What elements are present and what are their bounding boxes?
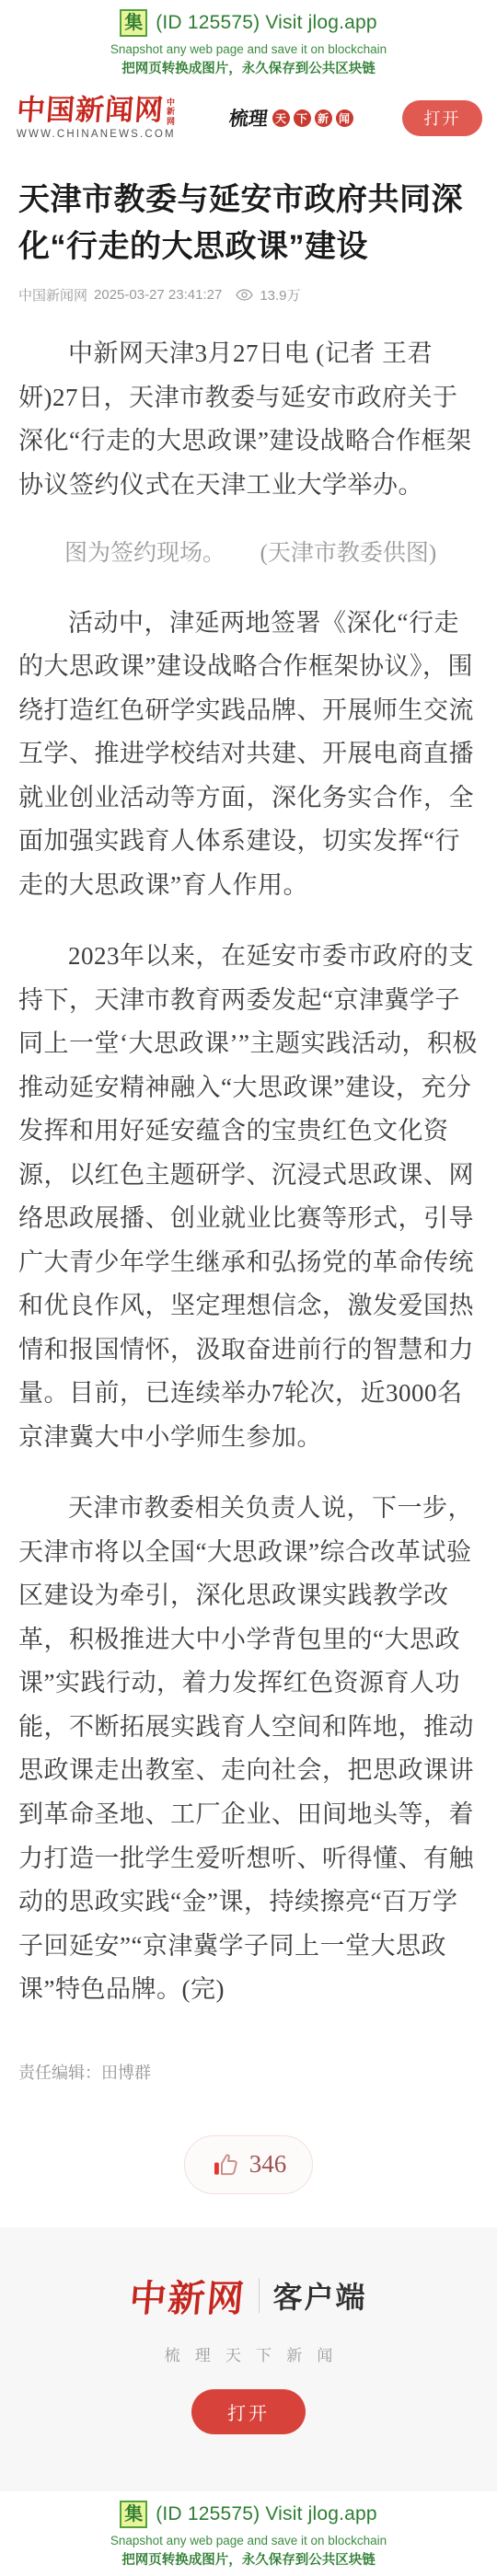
chinanews-logo[interactable]: 中国新闻网 中新网 WWW.CHINANEWS.COM — [17, 96, 177, 140]
slogan-seal: 新 — [315, 109, 332, 127]
jlog-tagline-zh: 把网页转换成图片，永久保存到公共区块链 — [0, 58, 497, 77]
app-footer: 中新网 客户端 梳理天下新闻 打开 — [0, 2227, 497, 2491]
views-count: 13.9万 — [260, 285, 300, 305]
editor-credit: 责任编辑：田博群 — [18, 2060, 479, 2084]
slogan-prefix-text: 梳理 — [227, 104, 269, 132]
views-eye-icon — [236, 289, 253, 301]
site-header: 中国新闻网 中新网 WWW.CHINANEWS.COM 梳理 天 下 新 闻 打… — [0, 85, 497, 153]
thumbs-up-icon — [211, 2150, 240, 2179]
ji-stamp-icon: 集 — [120, 2501, 147, 2528]
like-button[interactable]: 346 — [184, 2135, 313, 2194]
jlog-tagline-zh: 把网页转换成图片，永久保存到公共区块链 — [0, 2549, 497, 2569]
jlog-id-row[interactable]: 集 (ID 125575) Visit jlog.app — [0, 2501, 497, 2528]
article-datetime: 2025-03-27 23:41:27 — [94, 287, 222, 303]
chinanews-logo-side-text: 中新网 — [167, 98, 177, 126]
ji-stamp-icon: 集 — [120, 9, 147, 37]
article-source: 中国新闻网 — [18, 285, 87, 305]
footer-divider — [259, 2278, 260, 2313]
footer-logo-text: 中新网 — [128, 2270, 248, 2322]
article-paragraph: 2023年以来，在延安市委市政府的支持下，天津市教育两委发起“京津冀学子同上一堂… — [18, 935, 479, 1459]
slogan-seal-group: 梳理 天 下 新 闻 — [229, 104, 354, 132]
jlog-id-link[interactable]: (ID 125575) Visit jlog.app — [156, 2503, 377, 2525]
slogan-seal: 天 — [272, 109, 290, 127]
slogan-seal: 闻 — [336, 109, 353, 127]
footer-tagline: 梳理天下新闻 — [0, 2342, 497, 2365]
like-count: 346 — [249, 2150, 287, 2179]
chinanews-logo-text: 中国新闻网 — [16, 96, 165, 126]
chinanews-url: WWW.CHINANEWS.COM — [17, 129, 177, 140]
jlog-id-link[interactable]: (ID 125575) Visit jlog.app — [156, 12, 377, 34]
jlog-banner-bottom: 集 (ID 125575) Visit jlog.app Snapshot an… — [0, 2491, 497, 2576]
article-body: 中新网天津3月27日电 (记者 王君妍)27日，天津市教委与延安市政府关于深化“… — [18, 332, 479, 2012]
photo-caption: 图为签约现场。 (天津市教委供图) — [18, 535, 479, 574]
footer-logo-row: 中新网 客户端 — [0, 2270, 497, 2322]
article-title: 天津市教委与延安市政府共同深化“行走的大思政课”建设 — [18, 177, 479, 270]
article-paragraph: 活动中，津延两地签署《深化“行走的大思政课”建设战略合作框架协议》，围绕打造红色… — [18, 602, 479, 908]
article-paragraph: 中新网天津3月27日电 (记者 王君妍)27日，天津市教委与延安市政府关于深化“… — [18, 332, 479, 507]
article-meta: 中国新闻网 2025-03-27 23:41:27 13.9万 — [18, 285, 479, 305]
slogan-seal: 下 — [294, 109, 311, 127]
like-section: 346 — [0, 2135, 497, 2194]
open-app-button-footer[interactable]: 打开 — [191, 2389, 306, 2434]
footer-app-label: 客户端 — [272, 2274, 366, 2317]
article: 天津市教委与延安市政府共同深化“行走的大思政课”建设 中国新闻网 2025-03… — [0, 153, 497, 2084]
jlog-tagline-en: Snapshot any web page and save it on blo… — [0, 42, 497, 56]
jlog-tagline-en: Snapshot any web page and save it on blo… — [0, 2534, 497, 2547]
article-paragraph: 天津市教委相关负责人说，下一步，天津市将以全国“大思政课”综合改革试验区建设为牵… — [18, 1487, 479, 2011]
open-app-button-header[interactable]: 打开 — [402, 100, 482, 136]
jlog-banner-top: 集 (ID 125575) Visit jlog.app Snapshot an… — [0, 0, 497, 85]
jlog-id-row[interactable]: 集 (ID 125575) Visit jlog.app — [0, 9, 497, 37]
